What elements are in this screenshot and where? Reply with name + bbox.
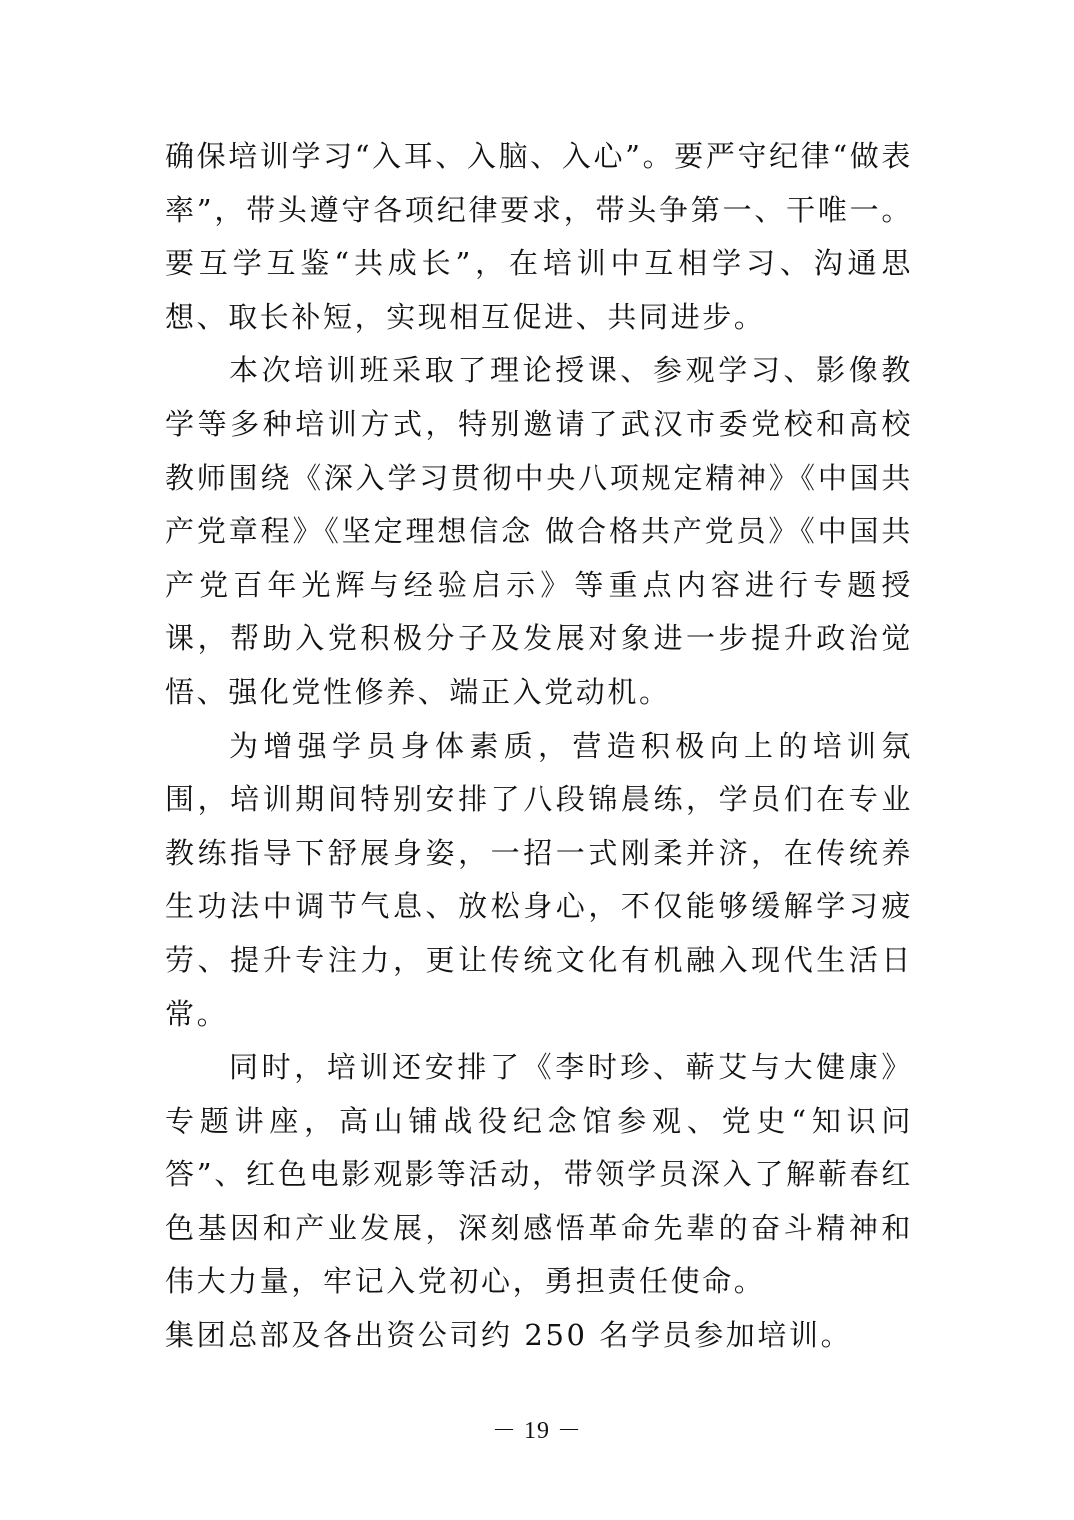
paragraph-4: 同时，培训还安排了《李时珍、蕲艾与大健康》专题讲座，高山铺战役纪念馆参观、党史“… [165,1041,913,1309]
page-number: － 19 － [0,1410,1074,1445]
document-page: 确保培训学习“入耳、入脑、入心”。要严守纪律“做表率”，带头遵守各项纪律要求，带… [0,0,1074,1520]
paragraph-5: 集团总部及各出资公司约 250 名学员参加培训。 [165,1309,913,1363]
paragraph-2: 本次培训班采取了理论授课、参观学习、影像教学等多种培训方式，特别邀请了武汉市委党… [165,344,913,719]
paragraph-3: 为增强学员身体素质，营造积极向上的培训氛围，培训期间特别安排了八段锦晨练，学员们… [165,720,913,1042]
paragraph-1: 确保培训学习“入耳、入脑、入心”。要严守纪律“做表率”，带头遵守各项纪律要求，带… [165,130,913,344]
body-text: 确保培训学习“入耳、入脑、入心”。要严守纪律“做表率”，带头遵守各项纪律要求，带… [165,130,913,1363]
